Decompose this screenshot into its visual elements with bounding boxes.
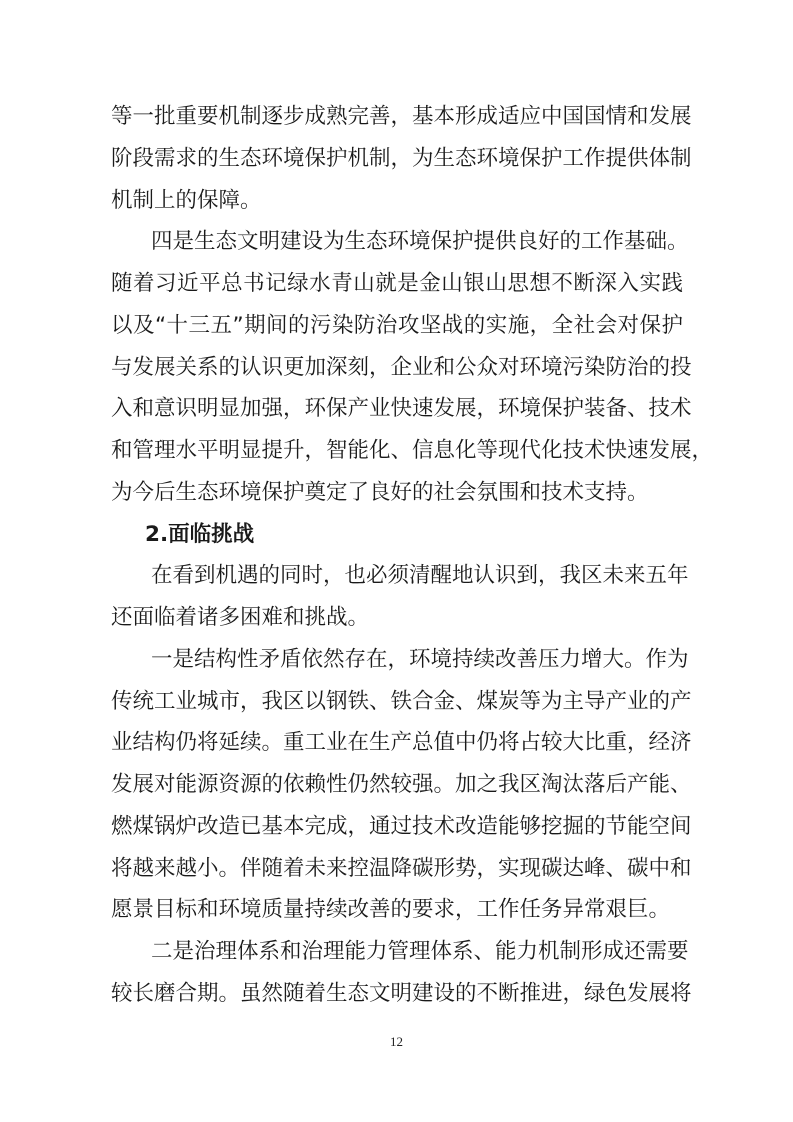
text-line: 和管理水平明显提升，智能化、信息化等现代化技术快速发展，	[111, 430, 683, 472]
text-line: 业结构仍将延续。重工业在生产总值中仍将占较大比重，经济	[111, 722, 683, 764]
text-line: 将越来越小。伴随着未来控温降碳形势，实现碳达峰、碳中和	[111, 848, 683, 890]
text-line: 较长磨合期。虽然随着生态文明建设的不断推进，绿色发展将	[111, 973, 683, 1015]
text-line: 以及“十三五”期间的污染防治攻坚战的实施，全社会对保护	[111, 305, 683, 347]
text-line: 愿景目标和环境质量持续改善的要求，工作任务异常艰巨。	[111, 889, 683, 931]
document-body: 等一批重要机制逐步成熟完善，基本形成适应中国国情和发展 阶段需求的生态环境保护机…	[111, 96, 683, 1015]
paragraph-start-line: 在看到机遇的同时，也必须清醒地认识到，我区未来五年	[111, 555, 683, 597]
text-line: 传统工业城市，我区以钢铁、铁合金、煤炭等为主导产业的产	[111, 681, 683, 723]
text-line: 还面临着诸多困难和挑战。	[111, 597, 683, 639]
section-heading: 2.面临挑战	[111, 514, 683, 556]
text-line: 阶段需求的生态环境保护机制，为生态环境保护工作提供体制	[111, 138, 683, 180]
text-line: 为今后生态环境保护奠定了良好的社会氛围和技术支持。	[111, 472, 683, 514]
text-line: 机制上的保障。	[111, 180, 683, 222]
text-line: 等一批重要机制逐步成熟完善，基本形成适应中国国情和发展	[111, 96, 683, 138]
text-line: 随着习近平总书记绿水青山就是金山银山思想不断深入实践	[111, 263, 683, 305]
text-line: 入和意识明显加强，环保产业快速发展，环境保护装备、技术	[111, 388, 683, 430]
paragraph-start-line: 四是生态文明建设为生态环境保护提供良好的工作基础。	[111, 221, 683, 263]
page-number: 12	[0, 1034, 793, 1050]
paragraph-start-line: 二是治理体系和治理能力管理体系、能力机制形成还需要	[111, 931, 683, 973]
paragraph-start-line: 一是结构性矛盾依然存在，环境持续改善压力增大。作为	[111, 639, 683, 681]
text-line: 燃煤锅炉改造已基本完成，通过技术改造能够挖掘的节能空间	[111, 806, 683, 848]
text-line: 与发展关系的认识更加深刻，企业和公众对环境污染防治的投	[111, 347, 683, 389]
document-page: 等一批重要机制逐步成熟完善，基本形成适应中国国情和发展 阶段需求的生态环境保护机…	[0, 0, 793, 1122]
text-line: 发展对能源资源的依赖性仍然较强。加之我区淘汰落后产能、	[111, 764, 683, 806]
